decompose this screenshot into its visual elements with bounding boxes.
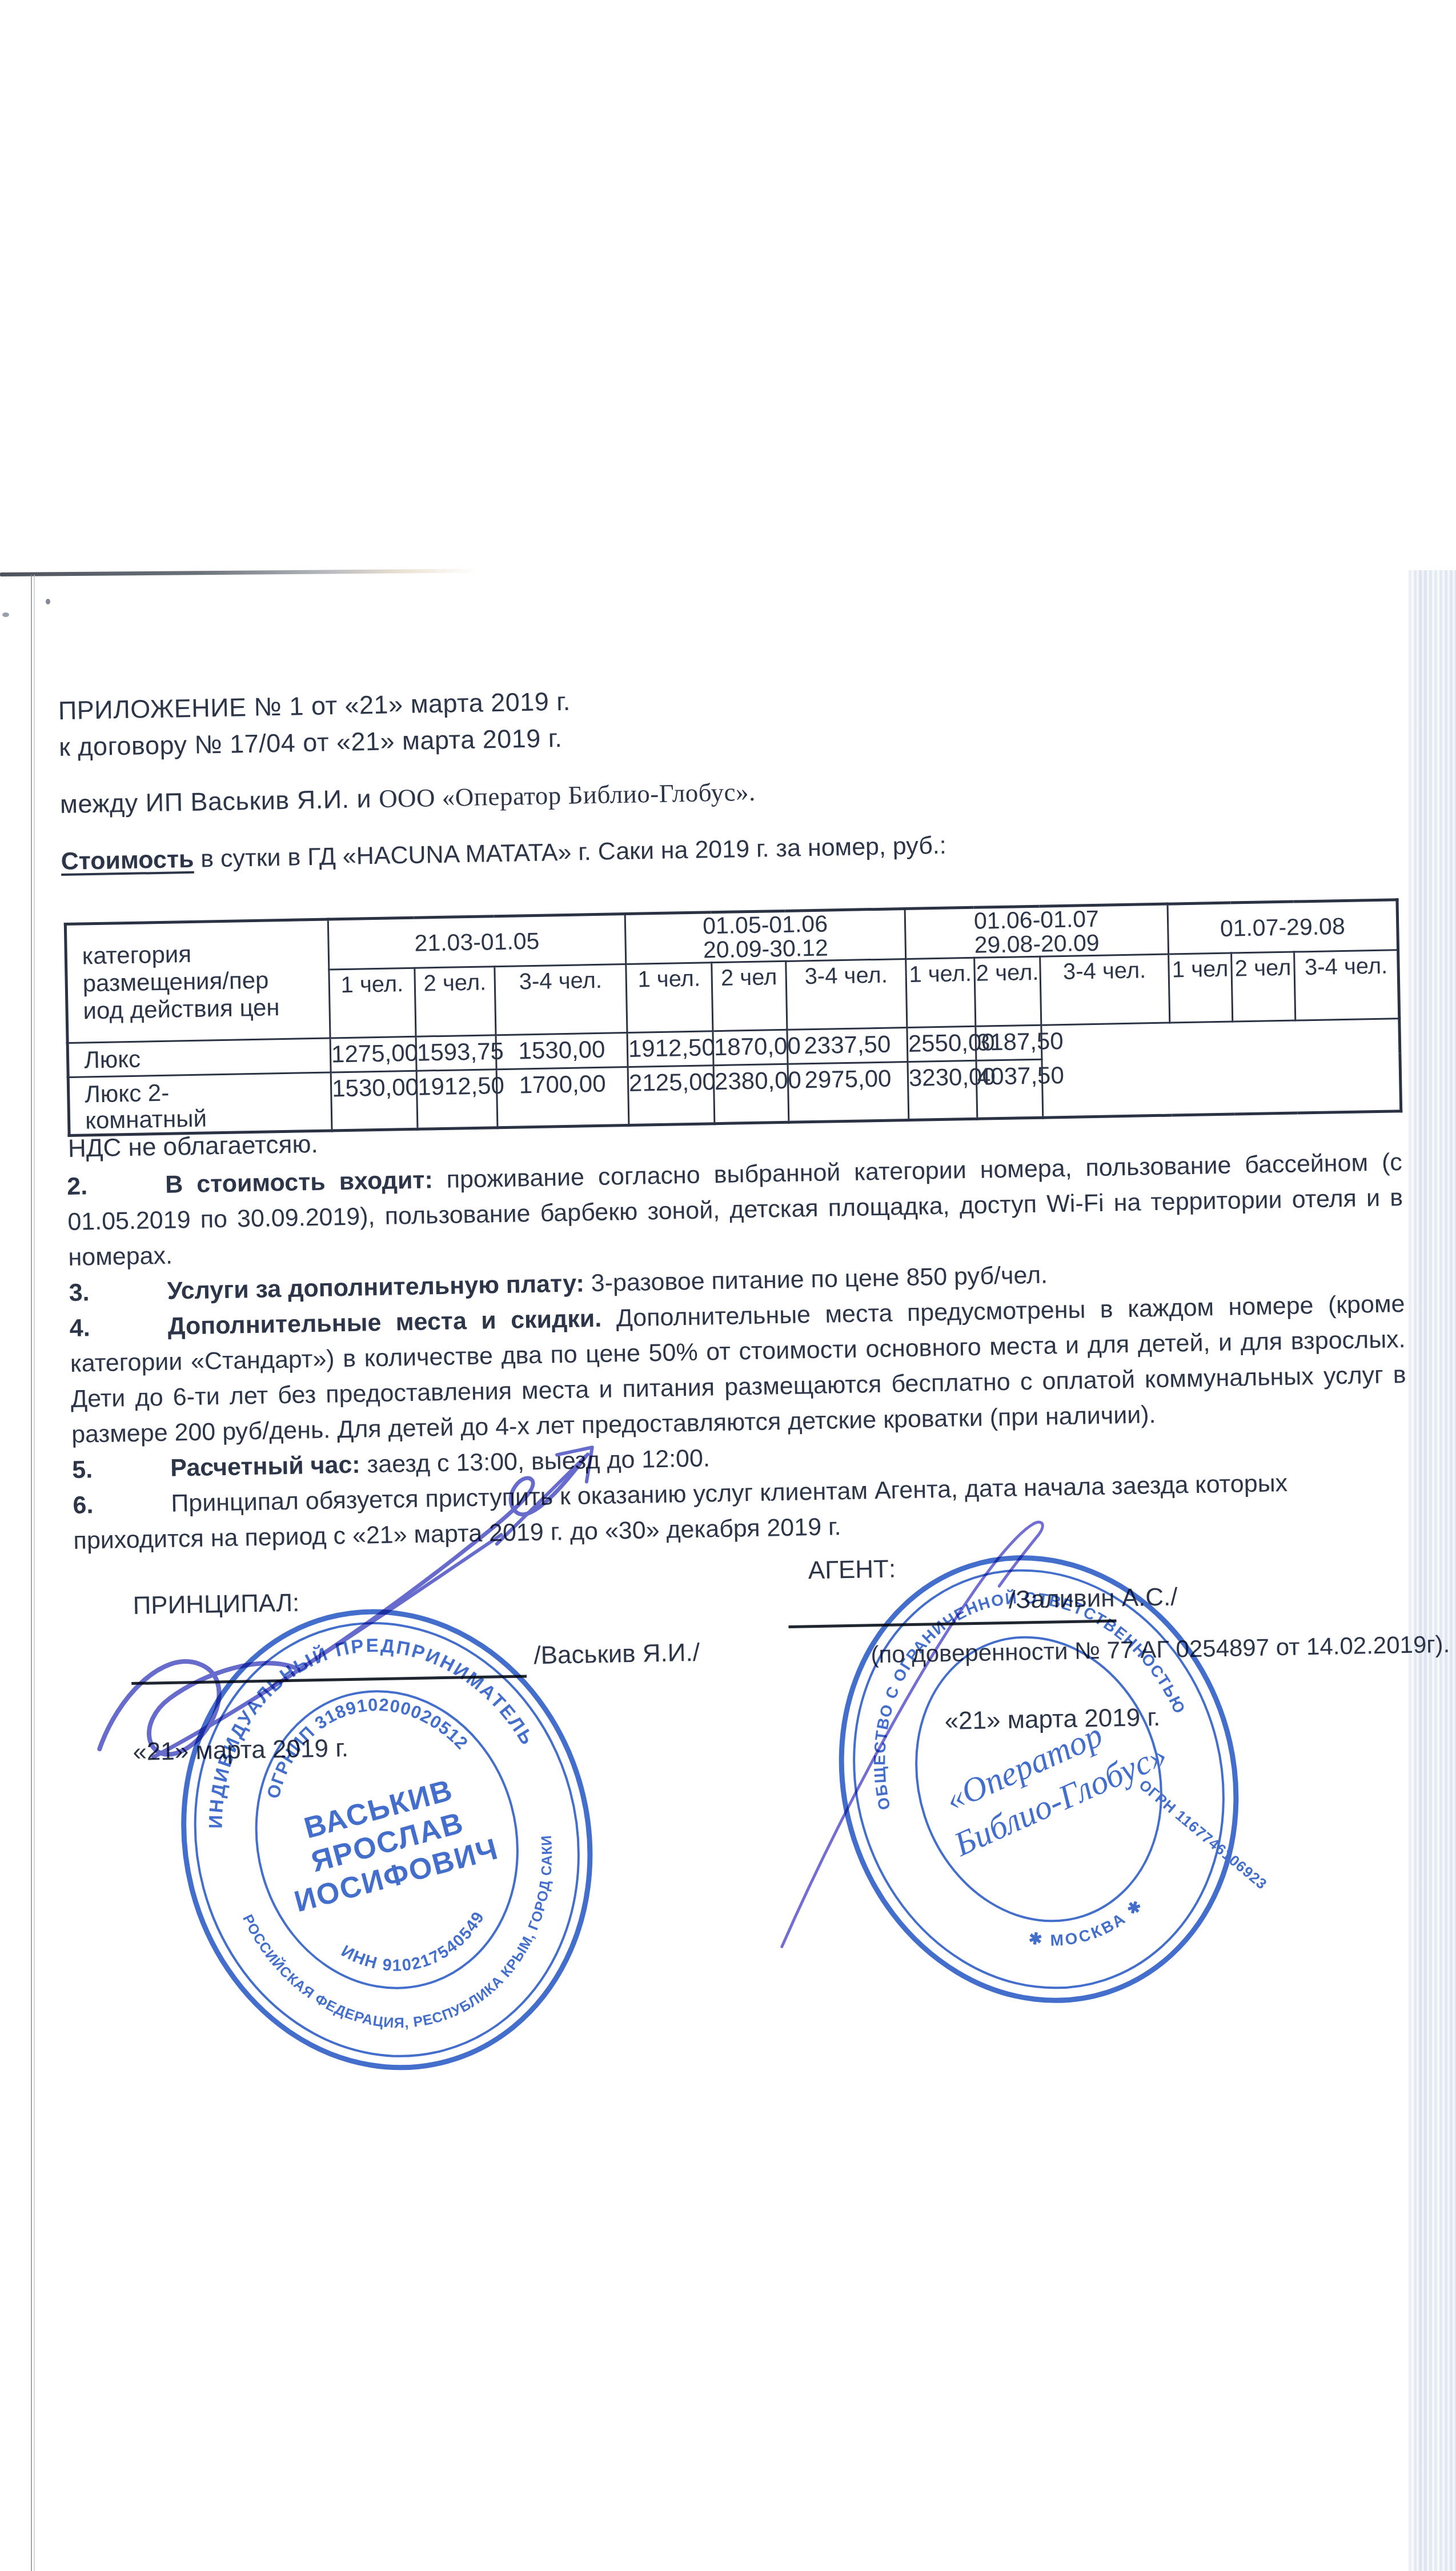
principal-signature-scrawl (98, 1660, 296, 1756)
principal-signature-stroke-2 (282, 1535, 504, 1679)
agent-signature-stroke (774, 1524, 1041, 1947)
scanned-document-page: ПРИЛОЖЕНИЕ № 1 от «21» марта 2019 г. к д… (0, 0, 1456, 2571)
handwritten-signatures (0, 0, 1456, 2571)
